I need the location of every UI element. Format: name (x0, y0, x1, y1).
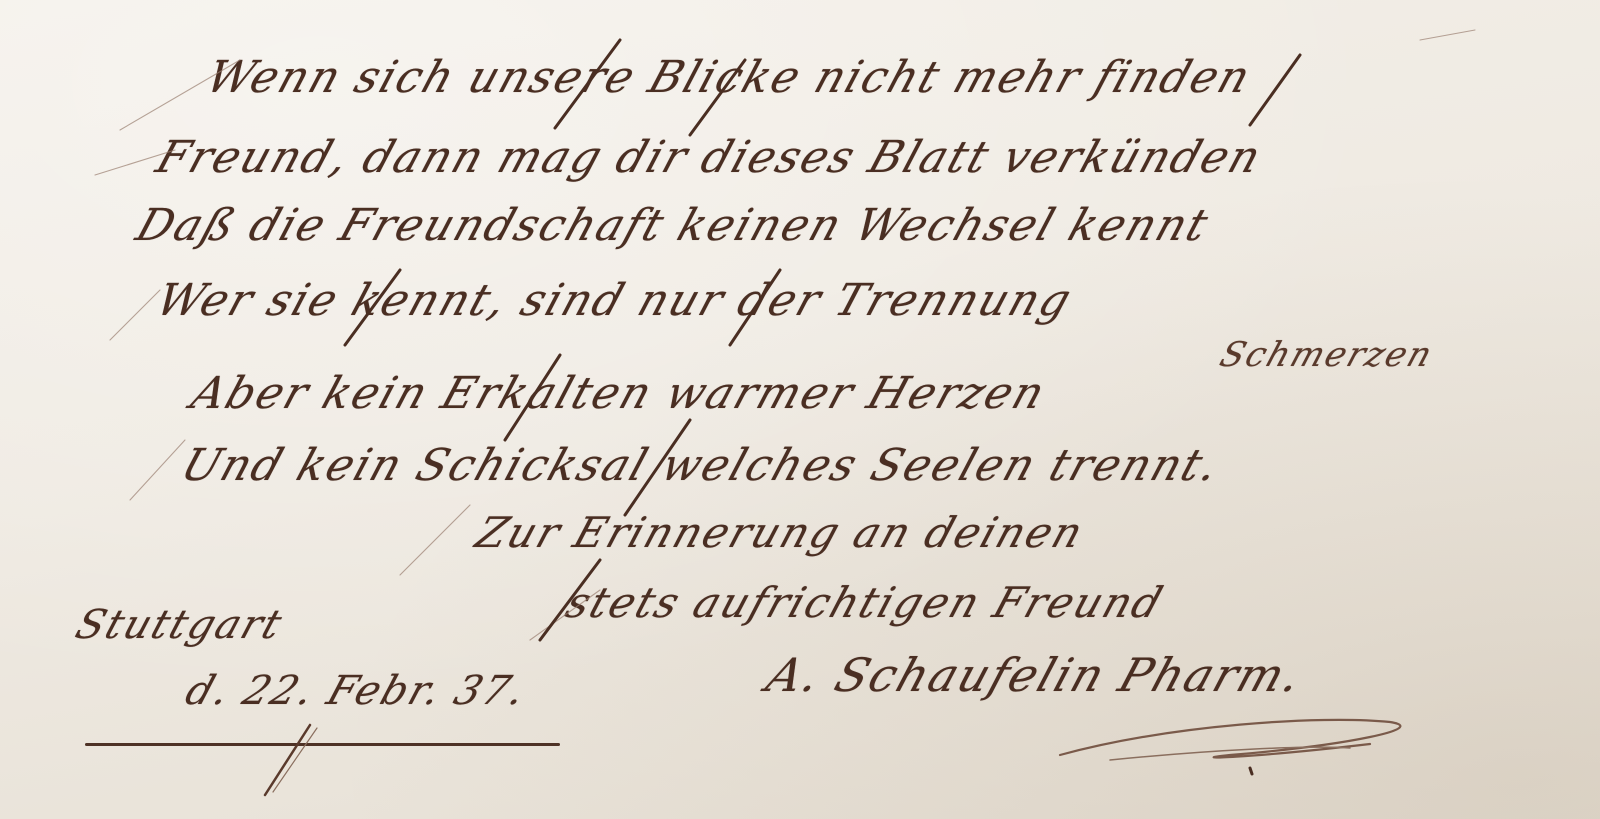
underline-cross-stroke (255, 720, 325, 800)
verse-line-3: Daß die Freundschaft keinen Wechsel kenn… (130, 200, 1216, 251)
date: d. 22. Febr. 37. (180, 668, 533, 714)
verse-line-6: Und kein Schicksal welches Seelen trennt… (175, 440, 1227, 491)
verse-insertion: Schmerzen (1215, 335, 1439, 375)
verse-line-1: Wenn sich unsere Blicke nicht mehr finde… (200, 52, 1258, 103)
date-underline (85, 743, 560, 746)
verse-line-2: Freund, dann mag dir dieses Blatt verkün… (150, 132, 1269, 183)
signature: A. Schaufelin Pharm. (760, 648, 1310, 702)
signature-flourish (1050, 700, 1430, 790)
manuscript-page: Wenn sich unsere Blicke nicht mehr finde… (0, 0, 1600, 819)
closing-line-1: Zur Erinnerung an deinen (470, 508, 1091, 557)
verse-line-5: Aber kein Erkalten warmer Herzen (185, 368, 1053, 419)
verse-line-4: Wer sie kennt, sind nur der Trennung (150, 275, 1079, 326)
place-name: Stuttgart (70, 602, 289, 648)
closing-line-2: stets aufrichtigen Freund (560, 578, 1170, 627)
